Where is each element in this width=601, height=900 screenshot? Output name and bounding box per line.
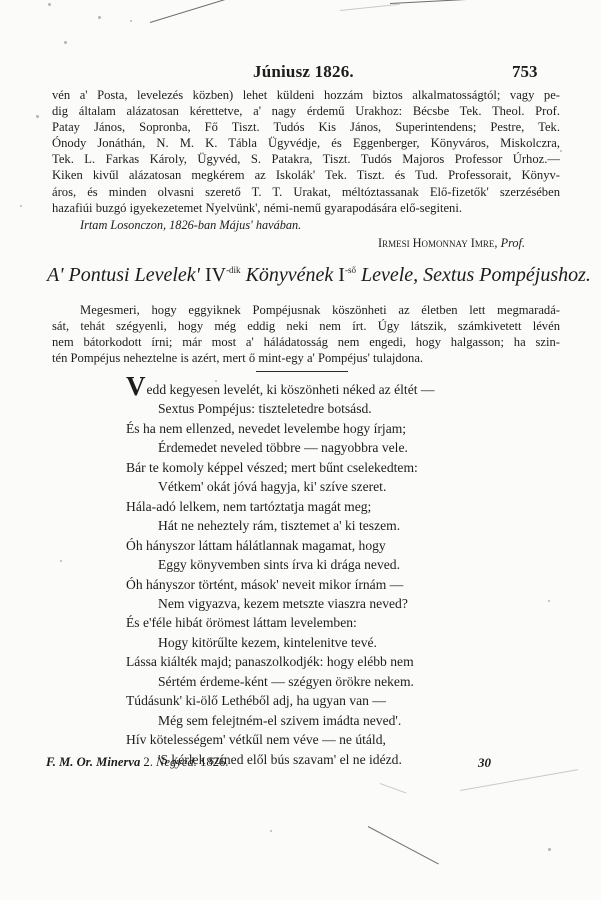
heading-part: Levele, Sextus Pompéjushoz. bbox=[356, 264, 591, 286]
verse-line: És e'féle hibát örömest láttam levelembe… bbox=[126, 613, 435, 632]
drop-cap: V bbox=[126, 371, 146, 401]
running-title: Júniusz 1826. bbox=[253, 62, 354, 82]
verse-line: Hát ne neheztely rám, tisztemet a' ki te… bbox=[126, 516, 435, 535]
text-line: vén a' Posta, levelezés közben) lehet kü… bbox=[52, 87, 560, 103]
paper-speck bbox=[64, 41, 67, 44]
paper-speck bbox=[98, 16, 101, 19]
letter-suffix: -ső bbox=[345, 265, 356, 275]
verse-line: Eggy könyvemben sints írva ki drága neve… bbox=[126, 555, 435, 574]
paper-crease bbox=[368, 826, 439, 864]
paper-crease bbox=[340, 4, 400, 11]
verse-line: Nem vigyazva, kezem metszte viaszra neve… bbox=[126, 594, 435, 613]
letter-numeral: I bbox=[338, 264, 345, 286]
source-year: 1826. bbox=[197, 755, 228, 769]
paper-speck bbox=[548, 600, 550, 602]
poem-body: Vedd kegyesen levelét, ki köszönheti nék… bbox=[126, 377, 435, 769]
text-line: tén Pompéjus neheztelne is azért, mert ő… bbox=[52, 350, 560, 366]
text-line: Tek. L. Farkas Károly, Ügyvéd, S. Patakr… bbox=[52, 151, 560, 167]
intro-paragraph: Megesmeri, hogy eggyiknek Pompéjusnak kö… bbox=[52, 302, 560, 366]
source-quarter: Negyed. bbox=[156, 755, 197, 769]
verse-line: Óh hányszor láttam hálátlannak magamat, … bbox=[126, 536, 435, 555]
paper-speck bbox=[548, 848, 551, 851]
verse-line: Bár te komoly képpel vészed; mert bűnt c… bbox=[126, 458, 435, 477]
paper-crease bbox=[380, 783, 407, 794]
heading-part: A' Pontusi Levelek' bbox=[47, 264, 205, 286]
text-line: sát, tehát szégyenli, hogy még eddig nek… bbox=[52, 318, 560, 334]
source-journal: Minerva bbox=[96, 755, 140, 769]
verse-line: Hív kötelességem' vétkűl nem véve — ne ú… bbox=[126, 730, 435, 749]
page-number: 753 bbox=[512, 62, 538, 82]
paper-speck bbox=[48, 3, 51, 6]
verse-line: Érdemedet neveled többre — nagyobbra vel… bbox=[126, 438, 435, 457]
running-head: Júniusz 1826. 753 bbox=[0, 62, 601, 84]
verse-line: Sextus Pompéjus: tiszteletedre botsásd. bbox=[126, 399, 435, 418]
verse-line: És ha nem ellenzed, nevedet levelembe ho… bbox=[126, 419, 435, 438]
section-divider bbox=[256, 371, 348, 372]
text-line: áros, és minden olvasni szerető T. T. Ur… bbox=[52, 184, 560, 200]
verse-line: Lássa kiálték majd; panaszolkodjék: hogy… bbox=[126, 652, 435, 671]
verse-line: Óh hányszor történt, mások' neveit mikor… bbox=[126, 575, 435, 594]
text-line: Megesmeri, hogy eggyiknek Pompéjusnak kö… bbox=[52, 302, 560, 318]
author-name: Irmesi Homonnay Imre bbox=[378, 236, 494, 250]
source-prefix: F. M. Or. bbox=[46, 755, 96, 769]
text-line: hazafiúi buzgó igyekezetemet Nyelvünk', … bbox=[52, 200, 560, 216]
book-numeral: IV bbox=[205, 264, 226, 286]
paper-crease bbox=[150, 0, 236, 23]
text-line: dig általam alázatosan kérettetve, a' na… bbox=[52, 103, 560, 119]
continued-paragraph: vén a' Posta, levelezés közben) lehet kü… bbox=[52, 87, 560, 216]
text-line: Patay János, Sopronba, Fő Tiszt. Tudós K… bbox=[52, 119, 560, 135]
text-line: nem bátorkodott írni; már most a' háláda… bbox=[52, 334, 560, 350]
verse-text: edd kegyesen levelét, ki köszönheti néke… bbox=[147, 382, 435, 397]
place-and-date: Irtam Losonczon, 1826-ban Május' havában… bbox=[80, 218, 301, 233]
paper-speck bbox=[60, 560, 62, 562]
text-line: Ónody Jonáthán, N. M. K. Tábla Ügyvédje,… bbox=[52, 135, 560, 151]
author-signature: Irmesi Homonnay Imre, Prof. bbox=[378, 236, 525, 251]
verse-line: Még sem felejtném-el szivem imádta neved… bbox=[126, 711, 435, 730]
verse-line: Hála-adó lelkem, nem tartóztatja magát m… bbox=[126, 497, 435, 516]
source-issue: 2. bbox=[140, 755, 156, 769]
verse-line: Hogy kitörűlte kezem, kintelenitve tevé. bbox=[126, 633, 435, 652]
verse-line: Sértém érdeme-ként — szégyen örökre neke… bbox=[126, 672, 435, 691]
signature-mark: 30 bbox=[478, 755, 491, 771]
author-title: Prof. bbox=[501, 236, 525, 250]
paper-crease bbox=[460, 769, 578, 791]
paper-speck bbox=[270, 830, 272, 832]
heading-part: Könyvének bbox=[241, 264, 339, 286]
source-footer: F. M. Or. Minerva 2. Negyed. 1826. bbox=[46, 755, 228, 770]
verse-line: Túdásunk' ki-ölő Lethéből adj, ha ugyan … bbox=[126, 691, 435, 710]
paper-crease bbox=[390, 0, 500, 4]
paper-speck bbox=[130, 20, 132, 22]
verse-line: Vétkem' okát jóvá hagyja, ki' szíve szer… bbox=[126, 477, 435, 496]
text-line: Kiken kivűl alázatosan megkérem az Iskol… bbox=[52, 167, 560, 183]
book-suffix: -dik bbox=[226, 265, 241, 275]
paper-speck bbox=[560, 150, 562, 152]
poem-heading: A' Pontusi Levelek' IV-dik Könyvének I-s… bbox=[47, 264, 591, 287]
verse-line: Vedd kegyesen levelét, ki köszönheti nék… bbox=[126, 377, 435, 399]
paper-speck bbox=[36, 115, 39, 118]
paper-speck bbox=[20, 205, 22, 207]
